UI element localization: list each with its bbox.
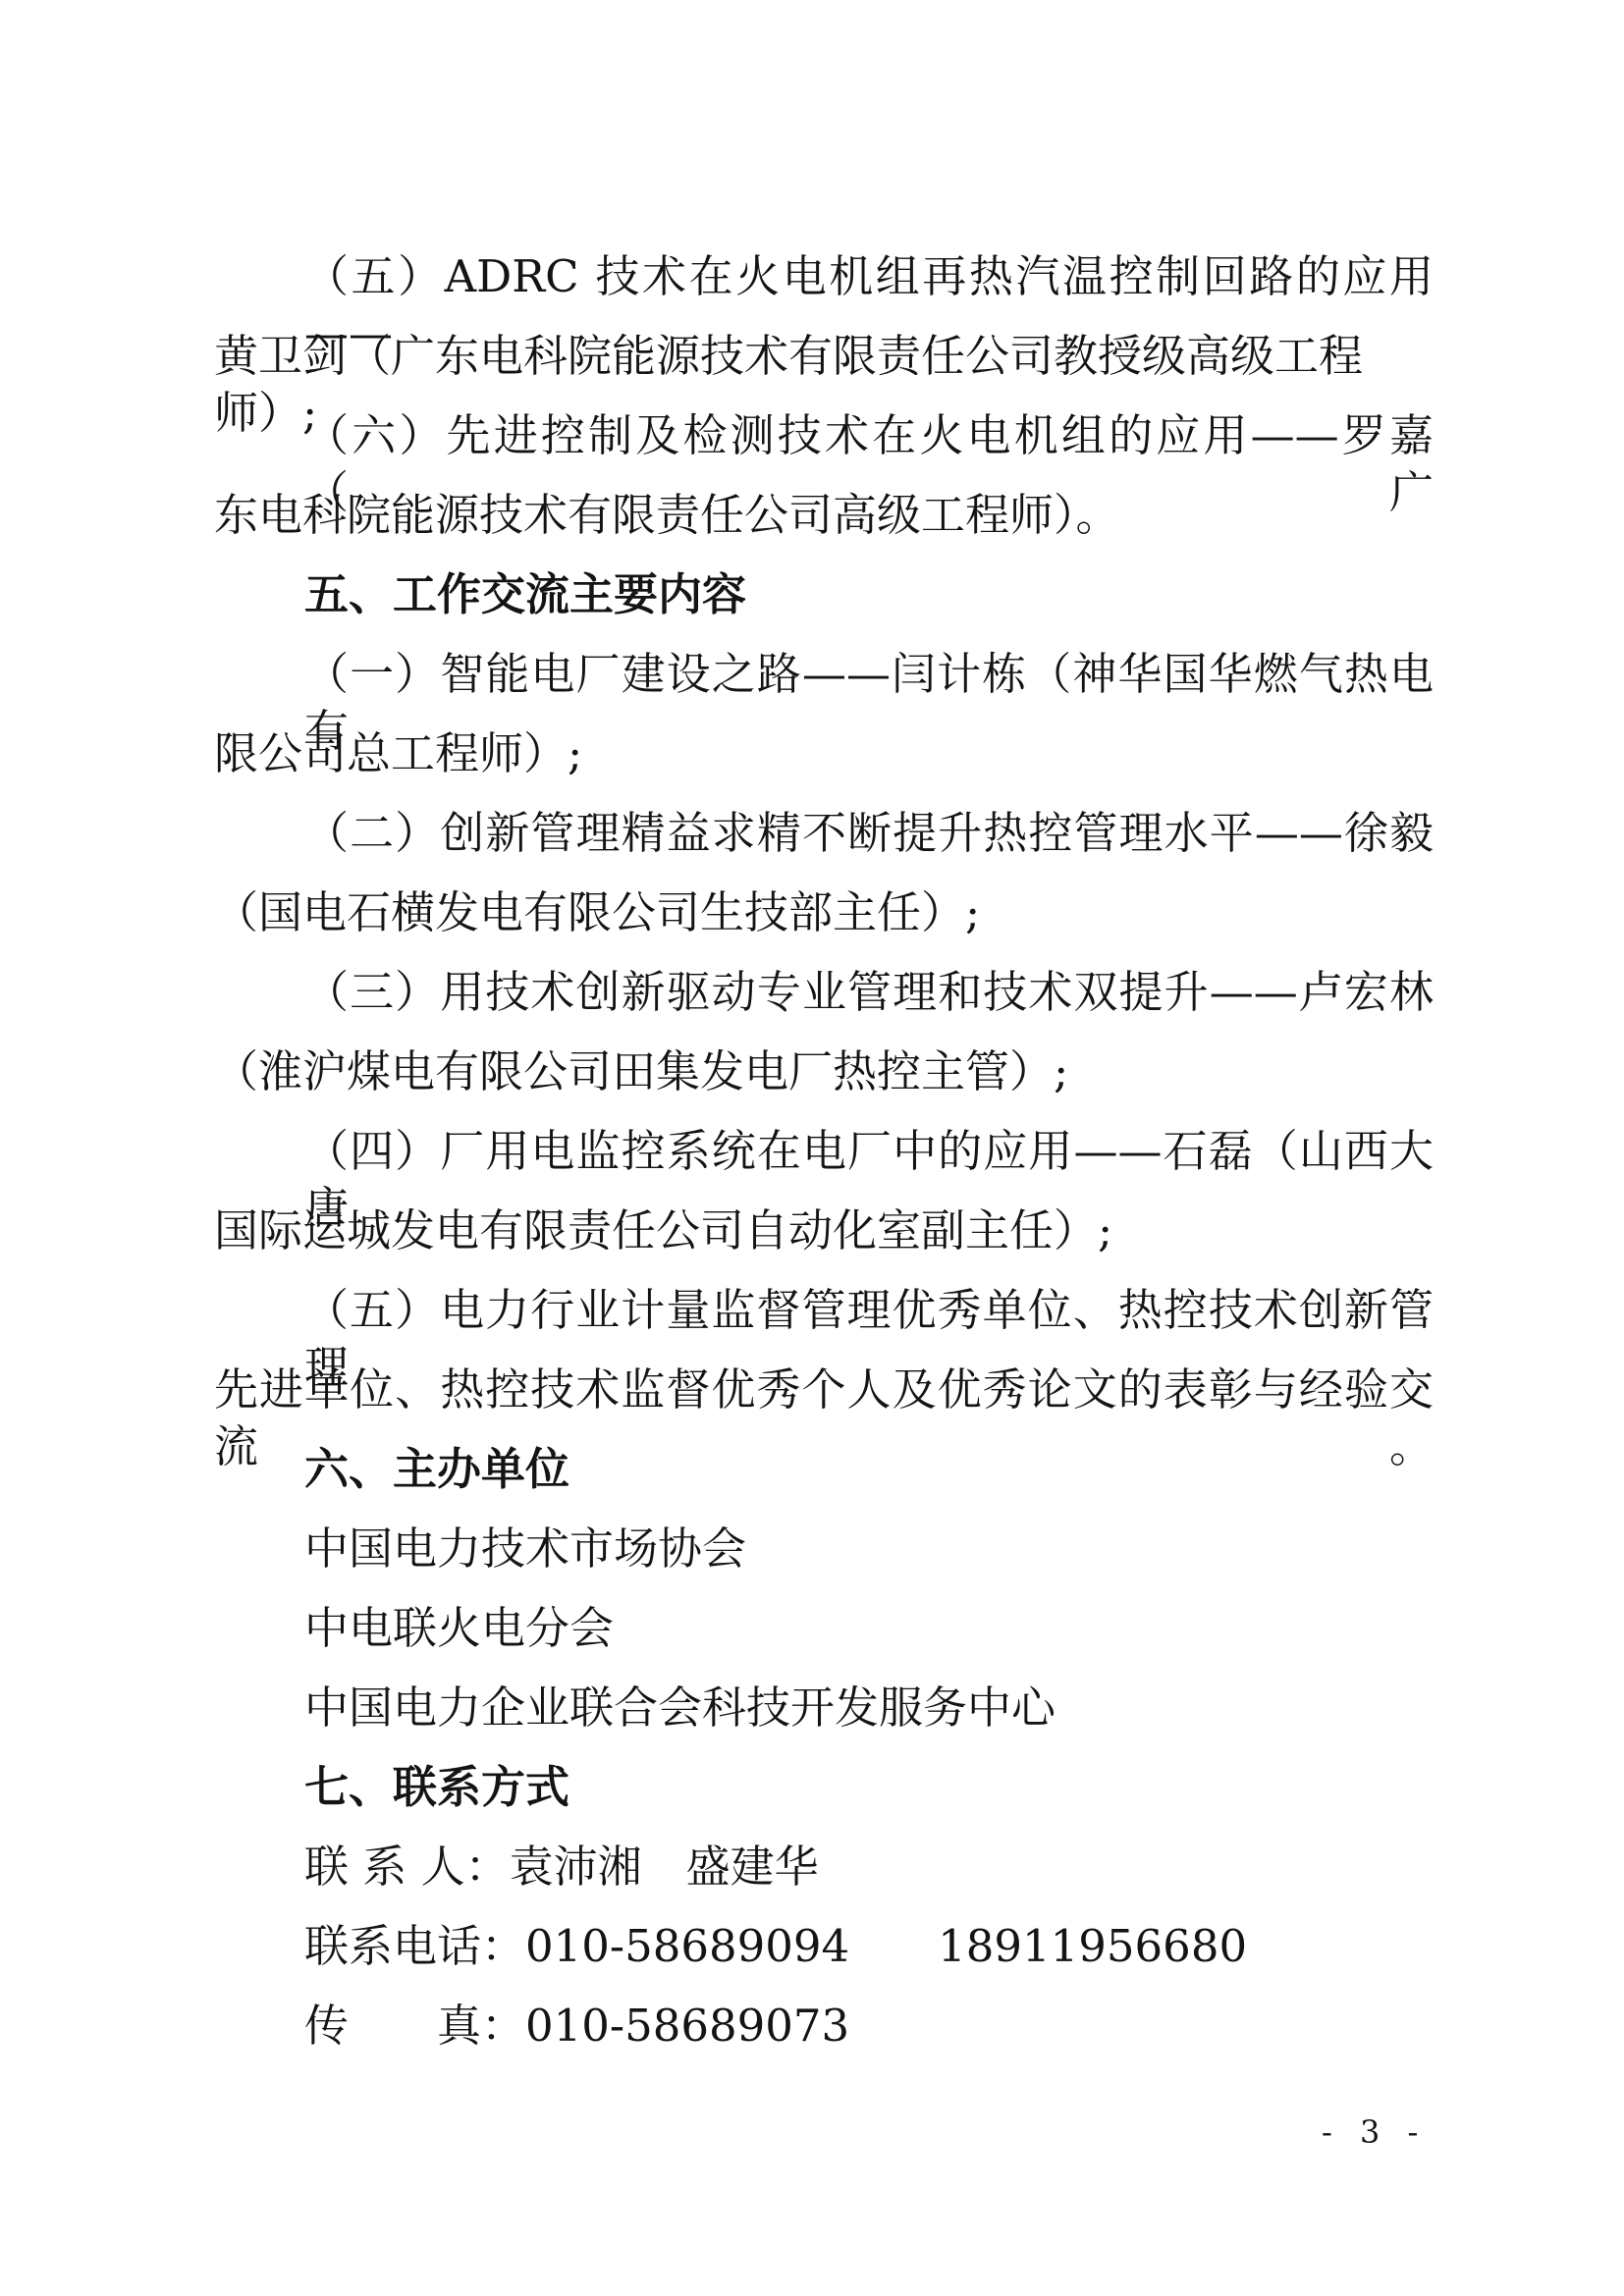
section-heading-7: 七、联系方式 (214, 1759, 1434, 1816)
doc-line: 限公司总工程师）; (214, 725, 1434, 782)
contact-phone-line: 联系电话：010-58689094 18911956680 (214, 1918, 1434, 1975)
organizer-line: 中电联火电分会 (214, 1600, 1434, 1657)
organizer-line: 中国电力企业联合会科技开发服务中心 (214, 1680, 1434, 1736)
contact-person-line: 联 系 人：袁沛湘 盛建华 (214, 1839, 1434, 1896)
organizer-line: 中国电力技术市场协会 (214, 1521, 1434, 1577)
doc-line: （国电石横发电有限公司生技部主任）; (214, 884, 1434, 941)
document-page: （五）ADRC 技术在火电机组再热汽温控制回路的应用—— 黄卫剑（广东电科院能源… (0, 0, 1624, 2296)
doc-line: （二）创新管理精益求精不断提升热控管理水平——徐毅 (214, 805, 1434, 862)
section-heading-6: 六、主办单位 (214, 1441, 1434, 1498)
section-heading-5: 五、工作交流主要内容 (214, 566, 1434, 623)
page-number: - 3 - (1322, 2112, 1427, 2152)
doc-line: （三）用技术创新驱动专业管理和技术双提升——卢宏林 (214, 964, 1434, 1021)
contact-fax-line: 传 真：010-58689073 (214, 1998, 1434, 2055)
doc-line: 东电科院能源技术有限责任公司高级工程师）。 (214, 487, 1434, 544)
doc-line: 国际运城发电有限责任公司自动化室副主任）; (214, 1202, 1434, 1259)
doc-line: （淮沪煤电有限公司田集发电厂热控主管）; (214, 1043, 1434, 1100)
